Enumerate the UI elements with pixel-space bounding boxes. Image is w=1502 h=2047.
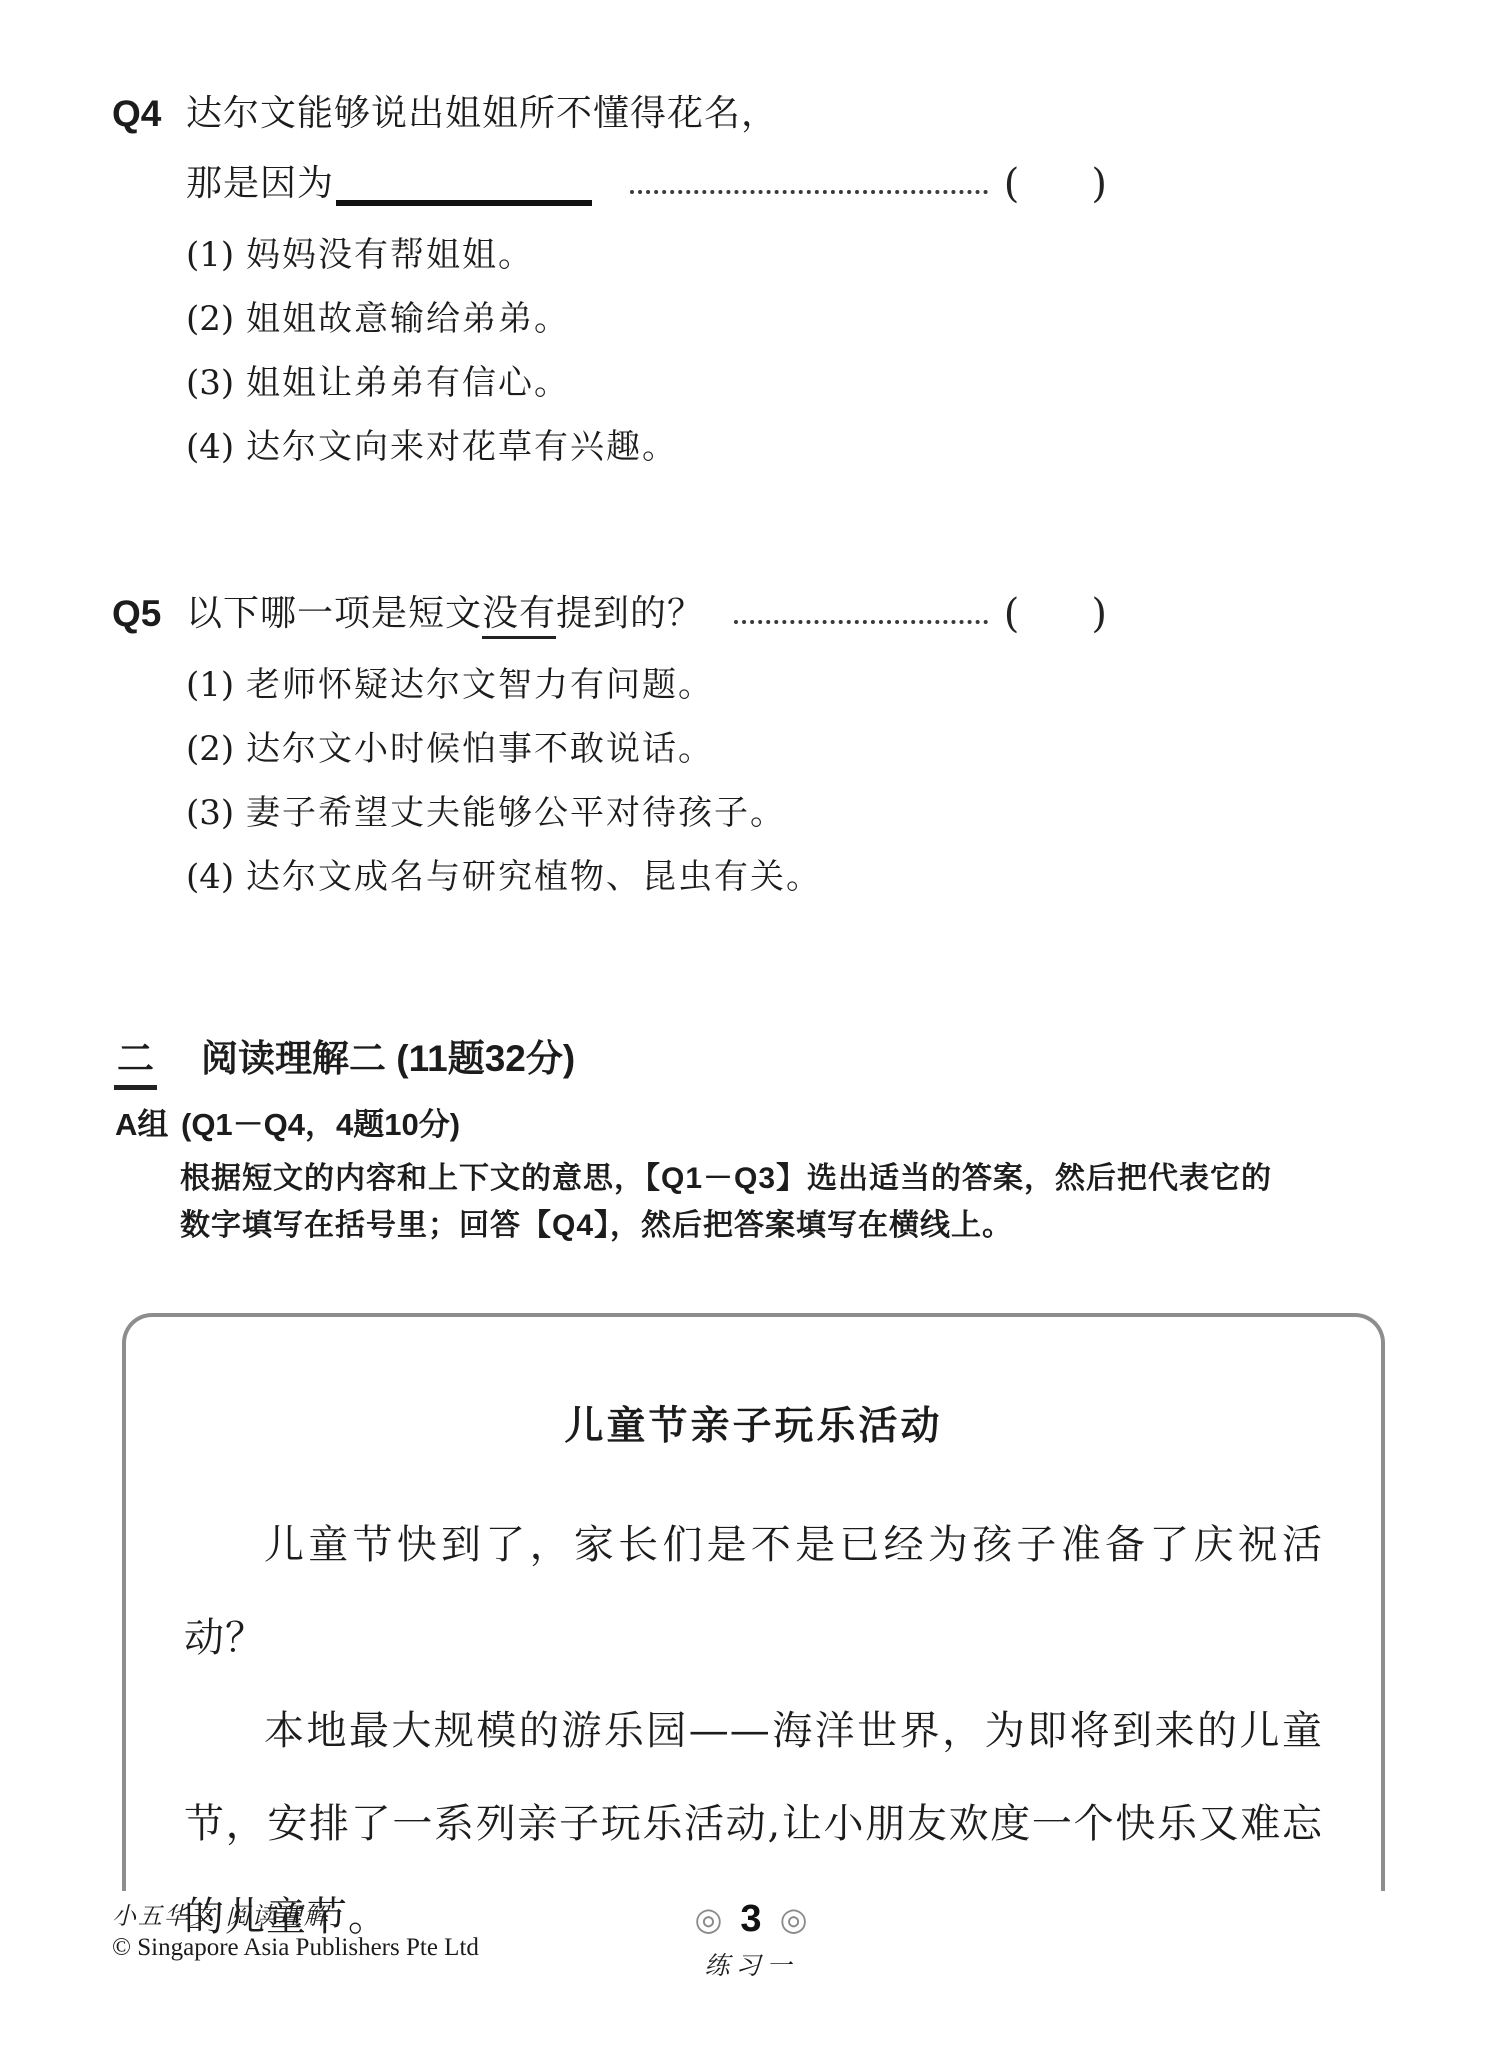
group-info: (Q1－Q4，4题10分) <box>181 1103 460 1147</box>
passage-body: 儿童节快到了，家长们是不是已经为孩子准备了庆祝活动？ 本地最大规模的游乐园——海… <box>126 1499 1381 1964</box>
option-row: (2) 姐姐故意输给弟弟。 <box>186 296 1107 342</box>
dotted-leader <box>734 588 988 624</box>
exercise-label: 练习一 <box>695 1946 808 1982</box>
answer-brackets: ( ) <box>1004 588 1107 640</box>
footer-series-title: 小五华文 阅读理解 <box>112 1896 479 1931</box>
question-label: Q4 <box>112 88 186 140</box>
option-row: (4) 达尔文成名与研究植物、昆虫有关。 <box>186 854 1107 900</box>
group-label: A组 <box>115 1103 181 1147</box>
option-number: (2) <box>186 726 246 772</box>
option-text: 老师怀疑达尔文智力有问题。 <box>246 662 714 708</box>
bullseye-icon: ◎ <box>695 1903 723 1935</box>
question-label: Q5 <box>112 588 186 640</box>
footer-left: 小五华文 阅读理解 © Singapore Asia Publishers Pt… <box>112 1896 479 1962</box>
option-number: (1) <box>186 662 246 708</box>
passage-title: 儿童节亲子玩乐活动 <box>126 1395 1381 1451</box>
option-text: 妻子希望丈夫能够公平对待孩子。 <box>246 790 786 836</box>
option-text: 达尔文向来对花草有兴趣。 <box>246 424 678 470</box>
group-block: A组 (Q1－Q4，4题10分) 根据短文的内容和上下文的意思，【Q1－Q3】选… <box>115 1103 1405 1249</box>
option-text: 达尔文成名与研究植物、昆虫有关。 <box>246 854 822 900</box>
worksheet-page: Q4 达尔文能够说出姐姐所不懂得花名， 那是因为 ( ) (1) 妈妈没有帮姐姐… <box>0 0 1502 2047</box>
bracket-close: ) <box>1091 158 1107 210</box>
option-text: 姐姐让弟弟有信心。 <box>246 360 570 406</box>
option-text: 妈妈没有帮姐姐。 <box>246 232 534 278</box>
options-list: (1) 妈妈没有帮姐姐。 (2) 姐姐故意输给弟弟。 (3) 姐姐让弟弟有信心。… <box>186 232 1107 470</box>
option-row: (3) 姐姐让弟弟有信心。 <box>186 360 1107 406</box>
section-number: 二 <box>114 1035 157 1090</box>
question-q5: Q5 以下哪一项是短文没有提到的？ ( ) (1) 老师怀疑达尔文智力有问题。 <box>112 588 1107 918</box>
question-text-line1: 达尔文能够说出姐姐所不懂得花名， <box>186 88 1107 140</box>
instructions: 根据短文的内容和上下文的意思，【Q1－Q3】选出适当的答案，然后把代表它的 数字… <box>180 1155 1405 1249</box>
answer-brackets: ( ) <box>1004 158 1107 210</box>
footer-copyright: © Singapore Asia Publishers Pte Ltd <box>112 1934 479 1962</box>
question-text: 以下哪一项是短文没有提到的？ <box>186 588 704 640</box>
option-row: (3) 妻子希望丈夫能够公平对待孩子。 <box>186 790 1107 836</box>
option-number: (4) <box>186 424 246 470</box>
option-number: (1) <box>186 232 246 278</box>
option-row: (2) 达尔文小时候怕事不敢说话。 <box>186 726 1107 772</box>
question-q4: Q4 达尔文能够说出姐姐所不懂得花名， 那是因为 ( ) (1) 妈妈没有帮姐姐… <box>112 88 1107 488</box>
section-header: 二 阅读理解二 (11题32分) <box>114 1035 575 1090</box>
bracket-open: ( <box>1004 588 1020 640</box>
options-list: (1) 老师怀疑达尔文智力有问题。 (2) 达尔文小时候怕事不敢说话。 (3) … <box>186 662 1107 900</box>
passage-box: 儿童节亲子玩乐活动 儿童节快到了，家长们是不是已经为孩子准备了庆祝活动？ 本地最… <box>122 1313 1385 1891</box>
option-number: (4) <box>186 854 246 900</box>
option-row: (4) 达尔文向来对花草有兴趣。 <box>186 424 1107 470</box>
dotted-leader <box>630 158 988 194</box>
footer-page-marker: ◎ 3 ◎ 练习一 <box>695 1900 808 1982</box>
question-text-line2: 那是因为 <box>186 158 334 210</box>
instructions-line2: 数字填写在括号里；回答【Q4】，然后把答案填写在横线上。 <box>180 1202 1405 1249</box>
underlined-word: 没有 <box>482 593 556 639</box>
option-number: (2) <box>186 296 246 342</box>
bracket-open: ( <box>1004 158 1020 210</box>
passage-paragraph: 儿童节快到了，家长们是不是已经为孩子准备了庆祝活动？ <box>184 1499 1323 1685</box>
bracket-close: ) <box>1091 588 1107 640</box>
option-row: (1) 妈妈没有帮姐姐。 <box>186 232 1107 278</box>
option-number: (3) <box>186 360 246 406</box>
option-number: (3) <box>186 790 246 836</box>
page-number: 3 <box>740 1900 761 1938</box>
option-text: 达尔文小时候怕事不敢说话。 <box>246 726 714 772</box>
instructions-line1: 根据短文的内容和上下文的意思，【Q1－Q3】选出适当的答案，然后把代表它的 <box>180 1155 1405 1202</box>
option-row: (1) 老师怀疑达尔文智力有问题。 <box>186 662 1107 708</box>
section-title: 阅读理解二 (11题32分) <box>201 1035 575 1083</box>
bullseye-icon: ◎ <box>780 1903 808 1935</box>
option-text: 姐姐故意输给弟弟。 <box>246 296 570 342</box>
answer-blank-line <box>336 158 592 206</box>
